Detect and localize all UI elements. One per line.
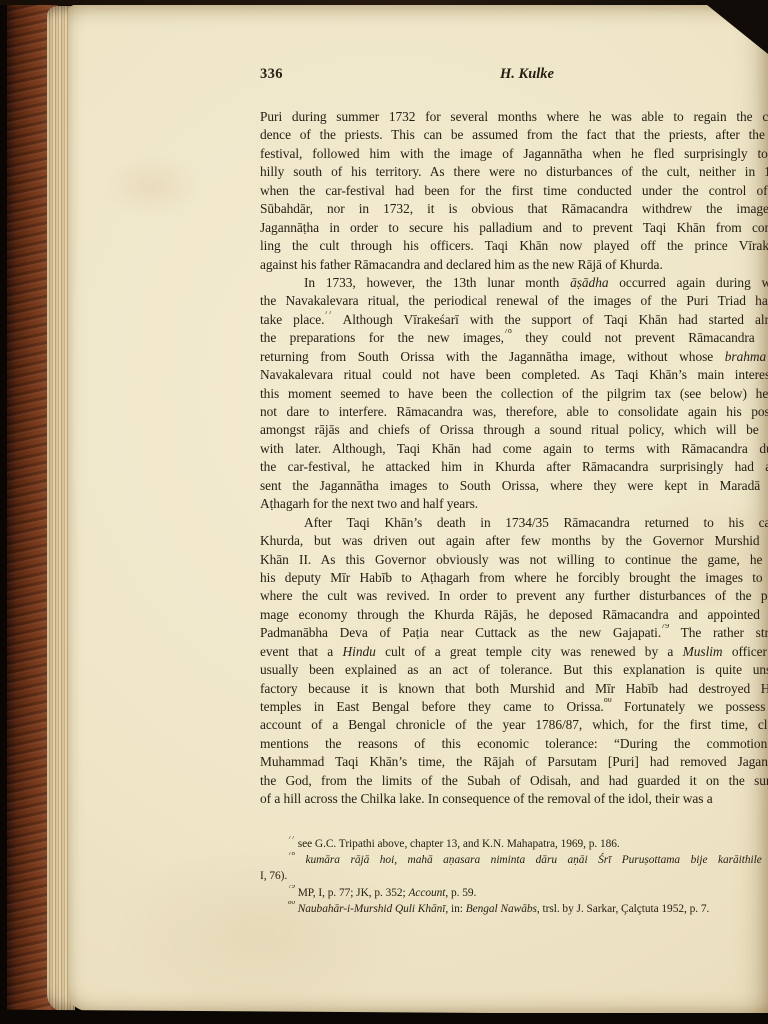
text-line: the preparations for the new images,78 t… [260,329,768,347]
text-line: his deputy Mīr Habīb to Aṭhagarh from wh… [260,569,768,587]
text-line: ling the cult through his officers. Taqi… [260,237,768,255]
footnote: 77 see G.C. Tripathi above, chapter 13, … [260,836,768,852]
footnote: 78 kumāra rājā hoi, mahā aṇasara niminta… [260,852,768,884]
text-line: Padmanābha Deva of Paṭia near Cuttack as… [260,624,768,642]
text-line: returning from South Orissa with the Jag… [260,348,768,366]
running-head: H. Kulke [260,66,768,83]
text-line: this moment seemed to have been the coll… [260,385,768,403]
text-line: Khurda, but was driven out again after f… [260,532,768,550]
text-line: Muhammad Taqi Khān’s time, the Rājah of … [260,753,768,771]
text-line: sent the Jagannātha images to South Oris… [260,477,768,495]
body-paragraph: In 1733, however, the 13th lunar month ā… [260,274,768,514]
body-paragraph: Puri during summer 1732 for several mont… [260,108,768,274]
photo-top-edge [0,0,768,5]
text-line: where the cult was revived. In order to … [260,587,768,605]
text-line: when the car-festival had been for the f… [260,182,768,200]
body-paragraph: After Taqi Khān’s death in 1734/35 Rāmac… [260,514,768,809]
text-line: factory because it is known that both Mu… [260,680,768,698]
book-scan-photo: 336 H. Kulke Puri during summer 1732 for… [0,0,768,1024]
text-line: In 1733, however, the 13th lunar month ā… [260,274,768,292]
text-line: I, 76). [260,868,768,884]
text-line: the Navakalevara ritual, the periodical … [260,292,768,310]
text-line: Sūbahdār, nor in 1732, it is obvious tha… [260,200,768,218]
page-header: 336 H. Kulke [260,66,768,84]
text-line: Jagannāṭha in order to secure his pallad… [260,219,768,237]
text-line: 79 MP, I, p. 77; JK, p. 352; Account, p.… [260,885,768,901]
text-line: account of a Bengal chronicle of the yea… [260,716,768,734]
body-text: Puri during summer 1732 for several mont… [260,108,768,809]
text-line: Puri during summer 1732 for several mont… [260,108,768,126]
text-line: mentions the reasons of this economic to… [260,735,768,753]
text-line: event that a Hindu cult of a great templ… [260,643,768,661]
footnote: 79 MP, I, p. 77; JK, p. 352; Account, p.… [260,885,768,901]
page-content: 336 H. Kulke Puri during summer 1732 for… [260,66,768,1006]
text-line: 78 kumāra rājā hoi, mahā aṇasara niminta… [260,852,768,868]
text-line: the God, from the limits of the Subah of… [260,772,768,790]
text-line: Aṭhagarh for the next two and half years… [260,495,768,513]
text-line: of a hill across the Chilka lake. In con… [260,790,768,808]
text-line: take place.77 Although Vīrakeśarī with t… [260,311,768,329]
book-page: 336 H. Kulke Puri during summer 1732 for… [68,4,768,1013]
photo-left-edge [0,0,7,1024]
footnote: 80 Naubahār-i-Murshid Quli Khānī, in: Be… [260,901,768,917]
text-line: against his father Rāmacandra and declar… [260,256,768,274]
text-line: with later. Although, Taqi Khān had come… [260,440,768,458]
text-line: amongst rājās and chiefs of Orissa throu… [260,421,768,439]
text-line: Khān II. As this Governor obviously was … [260,551,768,569]
text-line: hilly south of his territory. As there w… [260,163,768,181]
text-line: festival, followed him with the image of… [260,145,768,163]
text-line: After Taqi Khān’s death in 1734/35 Rāmac… [260,514,768,532]
footnotes: 77 see G.C. Tripathi above, chapter 13, … [260,836,768,917]
text-line: temples in East Bengal before they came … [260,698,768,716]
text-line: Navakalevara ritual could not have been … [260,366,768,384]
text-line: usually been explained as an act of tole… [260,661,768,679]
text-line: the car-festival, he attacked him in Khu… [260,458,768,476]
text-line: not dare to interfere. Rāmacandra was, t… [260,403,768,421]
text-line: 77 see G.C. Tripathi above, chapter 13, … [260,836,768,852]
text-line: 80 Naubahār-i-Murshid Quli Khānī, in: Be… [260,901,768,917]
text-line: dence of the priests. This can be assume… [260,126,768,144]
text-line: mage economy through the Khurda Rājās, h… [260,606,768,624]
